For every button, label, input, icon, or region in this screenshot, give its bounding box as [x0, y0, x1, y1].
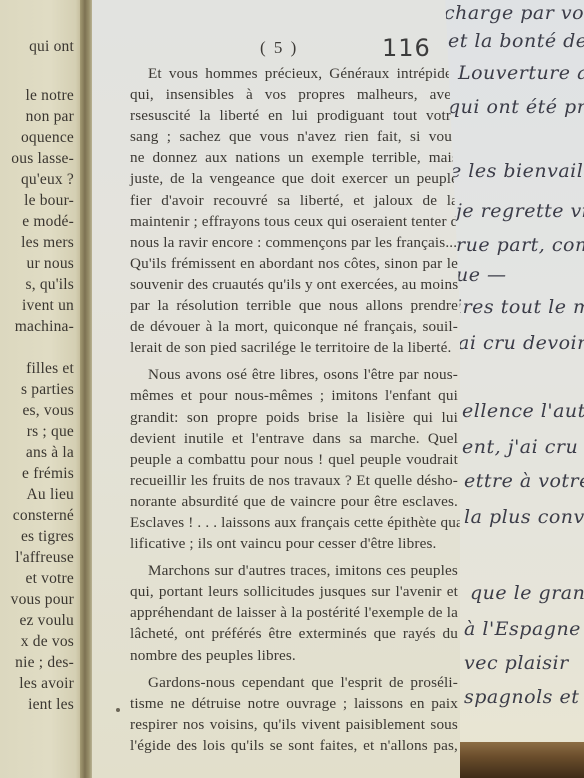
left-page-text-fragment: non par — [26, 108, 74, 126]
left-page-text-fragment: filles et — [26, 360, 74, 378]
handwritten-text-fragment: à l'Espagne — [464, 618, 581, 640]
text-line: lâcheté, ont préférés être exterminés qu… — [130, 623, 458, 644]
text-line: souvenir des cruautés qu'ils y ont exerc… — [130, 274, 458, 295]
text-line: maintenir ; effrayons tous ceux qui oser… — [130, 211, 458, 232]
left-page-text-fragment: es tigres — [21, 528, 74, 546]
text-line: Marchons sur d'autres traces, imitons ce… — [130, 560, 458, 581]
handwritten-text-fragment: vec plaisir — [464, 652, 569, 674]
printed-page-number: ( 5 ) — [260, 38, 298, 58]
left-page-text-fragment: les mers — [21, 234, 74, 252]
left-page-text-fragment: machina- — [15, 318, 74, 336]
text-line: Gardons-nous cependant que l'esprit de p… — [130, 672, 458, 693]
left-page-text-fragment: qui ont — [29, 38, 74, 56]
handwritten-folio-number: 116 — [382, 34, 431, 62]
text-line: Esclaves ! . . . laissons aux français c… — [130, 512, 458, 533]
wooden-table-edge — [440, 742, 584, 778]
text-line: appréhendant de laisser à la postérité l… — [130, 602, 458, 623]
handwritten-text-fragment: ires tout le mo — [456, 296, 584, 318]
left-page-text-fragment: s parties — [21, 381, 74, 399]
left-page-text-fragment: es, vous — [22, 402, 74, 420]
body-text: Et vous hommes précieux, Généraux intrép… — [130, 63, 458, 756]
left-page-text-fragment: les avoir — [19, 675, 74, 693]
left-page-text-fragment: e frémis — [22, 465, 74, 483]
text-line: fier d'avoir recouvré sa liberté, et jal… — [130, 190, 458, 211]
left-page-text-fragment: ient les — [28, 696, 74, 714]
left-page-text-fragment: nie ; des- — [15, 654, 74, 672]
printed-page: ( 5 ) 116 Et vous hommes précieux, Génér… — [92, 0, 460, 778]
text-line: grandit: son propre poids brise la lisiè… — [130, 407, 458, 428]
left-page: qui ontle notrenon paroquenceous lasse-q… — [0, 0, 84, 778]
handwritten-text-fragment: rue part, comm — [456, 234, 584, 256]
paragraph: Et vous hommes précieux, Généraux intrép… — [130, 63, 458, 358]
handwritten-text-fragment: e les bienvaillan — [450, 160, 584, 182]
text-line: juste, de la vengeance que doit exercer … — [130, 168, 458, 189]
left-page-text-fragment: ans à la — [26, 444, 74, 462]
left-page-text-fragment: ous lasse- — [11, 150, 74, 168]
text-line: devient inutile et l'entrave dans sa mar… — [130, 428, 458, 449]
ink-spot — [116, 708, 120, 712]
left-page-text-fragment: le notre — [25, 87, 74, 105]
left-page-text-fragment: s, qu'ils — [25, 276, 74, 294]
text-line: qui, portant leurs sollicitudes jusques … — [130, 581, 458, 602]
left-page-text-fragment: rs ; que — [27, 423, 74, 441]
text-line: respirer nos voisins, qu'ils vivent pais… — [130, 714, 458, 735]
left-page-text-fragment: oquence — [21, 129, 74, 147]
left-page-text-fragment: vous pour — [11, 591, 74, 609]
handwritten-text-fragment: la plus conv — [464, 506, 584, 528]
text-line: lificative ; ils ont vaincu pour cesser … — [130, 533, 458, 554]
handwritten-text-fragment: que le gran — [470, 582, 584, 604]
text-line: norante absurdité que de vaincre pour êt… — [130, 491, 458, 512]
handwritten-text-fragment: ettre à votre — [464, 470, 584, 492]
handwritten-text-fragment: je regrette vi — [456, 200, 584, 222]
text-line: Qu'ils frémissent en abordant nos côtes,… — [130, 253, 458, 274]
text-line: Et vous hommes précieux, Généraux intrép… — [130, 63, 458, 84]
left-page-text-fragment: et votre — [25, 570, 74, 588]
text-line: de dévouer à la mort, quiconque né franç… — [130, 316, 458, 337]
left-page-text-fragment: le bour- — [24, 192, 74, 210]
text-line: peuple a combattu pour nous ! quel peupl… — [130, 449, 458, 470]
left-page-text-fragment: qu'eux ? — [21, 171, 74, 189]
text-line: mêmes et pour nous-mêmes ; imitons l'enf… — [130, 385, 458, 406]
handwritten-text-fragment: charge par votre — [444, 2, 584, 24]
text-line: sang ; sachez que vous n'avez rien fait,… — [130, 126, 458, 147]
left-page-text-fragment: x de vos — [21, 633, 74, 651]
text-line: ne donnez aux nations un exemple terribl… — [130, 147, 458, 168]
text-line: rsesuscité la liberté en lui prodiguant … — [130, 105, 458, 126]
handwritten-text-fragment: ellence l'auto — [462, 400, 584, 422]
paragraph: Nous avons osé être libres, osons l'être… — [130, 364, 458, 554]
paragraph: Marchons sur d'autres traces, imitons ce… — [130, 560, 458, 665]
text-line: Nous avons osé être libres, osons l'être… — [130, 364, 458, 385]
left-page-text-fragment: ivent un — [22, 297, 74, 315]
handwritten-text-fragment: Louverture a — [458, 62, 584, 84]
left-page-text-fragment: ur nous — [27, 255, 74, 273]
handwritten-text-fragment: spagnols et g — [464, 686, 584, 708]
handwritten-text-fragment: ue — — [456, 264, 507, 286]
text-line: tisme ne détruise notre ouvrage ; laisso… — [130, 693, 458, 714]
paragraph: Gardons-nous cependant que l'esprit de p… — [130, 672, 458, 756]
text-line: l'égide des lois qu'ils se sont faites, … — [130, 735, 458, 756]
text-line: nous la ravir encore : commençons par le… — [130, 232, 458, 253]
text-line: nombre des peuples libres. — [130, 645, 458, 666]
left-page-text-fragment: Au lieu — [27, 486, 74, 504]
left-page-text-fragment: consterné — [13, 507, 74, 525]
handwritten-text-fragment: ent, j'ai cru — [462, 436, 578, 458]
text-line: recueillir les fruits de nos travaux ? E… — [130, 470, 458, 491]
text-line: par la résolution terrible que nous allo… — [130, 295, 458, 316]
left-page-text-fragment: ez voulu — [19, 612, 74, 630]
left-page-text-fragment: e modé- — [22, 213, 74, 231]
handwritten-text-fragment: ai cru devoir — [458, 332, 584, 354]
handwritten-text-fragment: qui ont été présen — [448, 96, 584, 118]
text-line: lerait de son pied sacrilége le territoi… — [130, 337, 458, 358]
text-line: qui, insensibles à vos propres malheurs,… — [130, 84, 458, 105]
handwritten-letter-page: charge par votreet la bonté deLouverture… — [440, 0, 584, 748]
handwritten-text-fragment: et la bonté de — [448, 30, 584, 52]
left-page-text-fragment: l'affreuse — [15, 549, 74, 567]
book-gutter — [80, 0, 94, 778]
